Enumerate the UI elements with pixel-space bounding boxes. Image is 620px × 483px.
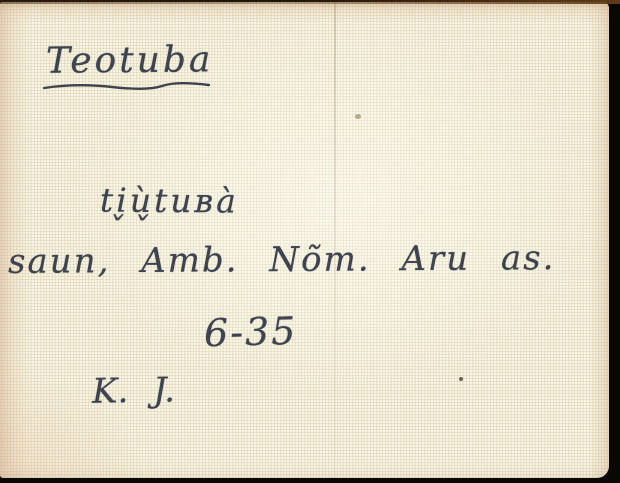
index-card: Teotuba ti̬ù̬tuʙà saun, Amb. Nõm. Aru as… xyxy=(0,2,609,478)
headword: Teotuba xyxy=(46,39,214,81)
reference-number: 6-35 xyxy=(203,309,297,355)
headword-underline xyxy=(42,81,212,93)
locality-line: saun, Amb. Nõm. Aru as. xyxy=(8,238,556,282)
phonetic-transcription: ti̬ù̬tuʙà xyxy=(100,181,239,221)
paper-speck xyxy=(355,114,361,119)
collector-initials: K. J. xyxy=(92,370,176,411)
ink-speck xyxy=(459,377,463,381)
scanned-card-image: Teotuba ti̬ù̬tuʙà saun, Amb. Nõm. Aru as… xyxy=(0,0,620,483)
